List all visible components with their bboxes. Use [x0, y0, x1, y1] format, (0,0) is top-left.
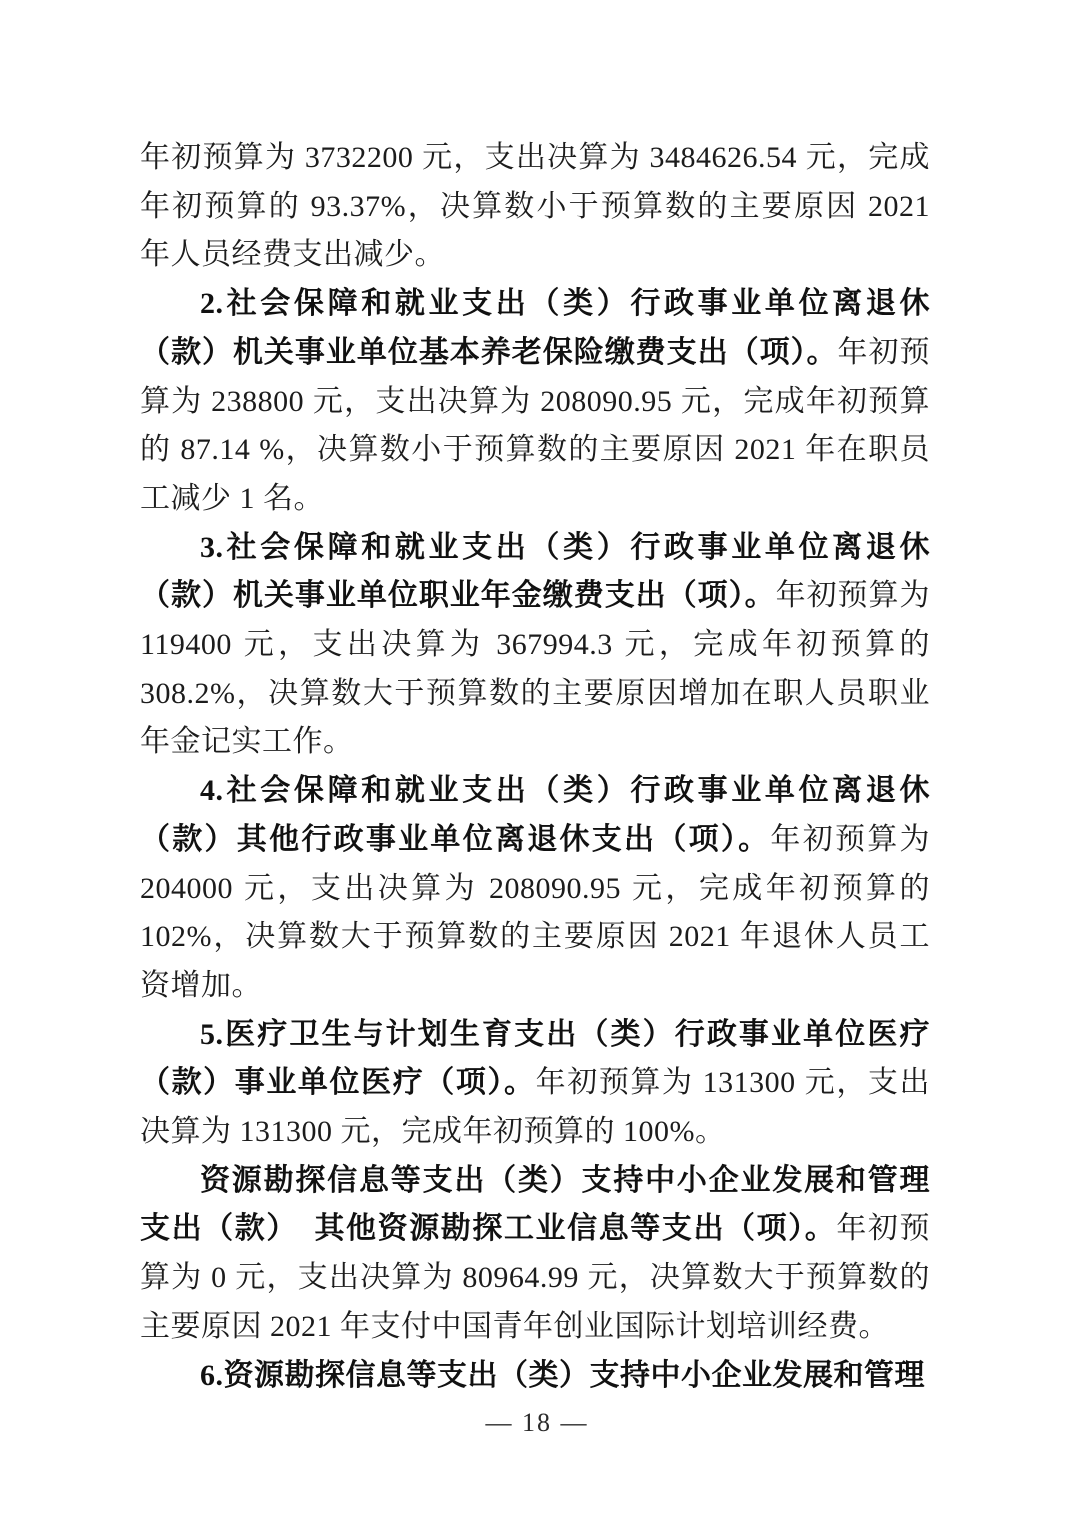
document-body: 年初预算为 3732200 元，支出决算为 3484626.54 元，完成年初预… — [140, 134, 930, 1400]
paragraph-item-3: 3.社会保障和就业支出（类）行政事业单位离退休（款）机关事业单位职业年金缴费支出… — [140, 524, 930, 768]
paragraph-item-5: 5.医疗卫生与计划生育支出（类）行政事业单位医疗（款）事业单位医疗（项）。年初预… — [140, 1011, 930, 1157]
paragraph-heading: 6.资源勘探信息等支出（类）支持中小企业发展和管理 — [200, 1359, 925, 1392]
paragraph-continuation: 年初预算为 3732200 元，支出决算为 3484626.54 元，完成年初预… — [140, 134, 930, 280]
paragraph-item-resource: 资源勘探信息等支出（类）支持中小企业发展和管理支出（款） 其他资源勘探工业信息等… — [140, 1157, 930, 1352]
paragraph-text: 年初预算为 3732200 元，支出决算为 3484626.54 元，完成年初预… — [140, 141, 930, 271]
page-footer: — 18 — — [0, 1408, 1074, 1438]
paragraph-item-6: 6.资源勘探信息等支出（类）支持中小企业发展和管理 — [140, 1352, 930, 1401]
paragraph-item-4: 4.社会保障和就业支出（类）行政事业单位离退休（款）其他行政事业单位离退休支出（… — [140, 767, 930, 1011]
paragraph-item-2: 2.社会保障和就业支出（类）行政事业单位离退休（款）机关事业单位基本养老保险缴费… — [140, 280, 930, 524]
page-number: — 18 — — [486, 1408, 589, 1437]
paragraph-heading: 2.社会保障和就业支出（类）行政事业单位离退休（款）机关事业单位基本养老保险缴费… — [140, 287, 930, 369]
paragraph-heading: 资源勘探信息等支出（类）支持中小企业发展和管理支出（款） 其他资源勘探工业信息等… — [140, 1164, 930, 1246]
document-page: 年初预算为 3732200 元，支出决算为 3484626.54 元，完成年初预… — [0, 0, 1074, 1520]
